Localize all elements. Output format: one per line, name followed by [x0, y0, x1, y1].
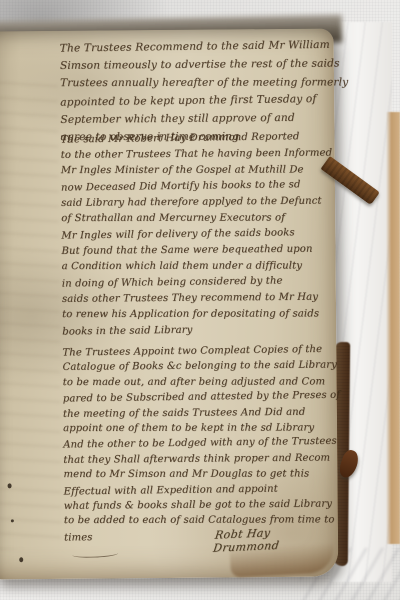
- manuscript-line: The Trustees Recommend to the said Mr Wi…: [60, 36, 320, 58]
- manuscript-line: mend to Mr Simson and Mr Douglas to get …: [63, 467, 323, 483]
- paragraph-catalogue-copies: The Trustees Appoint two Compleat Copies…: [62, 343, 324, 546]
- table-edge-strip: [386, 112, 400, 544]
- ink-blot: [19, 557, 23, 562]
- manuscript-line: that they Shall afterwards think proper …: [63, 450, 323, 468]
- manuscript-line: books in the said Library: [62, 321, 322, 341]
- manuscript-line: Effectual with all Expedition and appoin…: [64, 481, 324, 500]
- manuscript-line: the meeting of the saids Trustees And Di…: [63, 404, 323, 422]
- ink-blot: [11, 519, 14, 522]
- signature-robt-hay-drummond: Robt Hay Drummond: [212, 523, 339, 555]
- manuscript-line: Catalogue of Books &c belonging to the s…: [62, 358, 322, 376]
- manuscript-line: But found that the Same were bequeathed …: [61, 242, 321, 260]
- ink-bleedthrough-texture: [0, 79, 62, 550]
- pen-flourish: [72, 550, 118, 559]
- manuscript-line: September which they still approve of an…: [60, 109, 320, 129]
- photo-of-manuscript: The Trustees Recommend to the said Mr Wi…: [0, 0, 400, 600]
- ink-blot: [8, 483, 12, 488]
- manuscript-line: saids other Trustees They recommend to M…: [62, 290, 322, 308]
- manuscript-line: Trustees annually hereafter of the meeti…: [60, 73, 320, 92]
- manuscript-page: The Trustees Recommend to the said Mr Wi…: [0, 29, 338, 580]
- manuscript-line: said Library had therefore applyed to th…: [61, 194, 321, 212]
- manuscript-line: appointed to be kept upon the first Tues…: [60, 90, 320, 112]
- paragraph-hay-drummond-report: The said Mr Robert Hay Drummond Reported…: [60, 130, 322, 340]
- manuscript-line: to the other Trustees That he having bee…: [61, 146, 321, 164]
- manuscript-line: Simson timeously to advertise the rest o…: [60, 55, 320, 75]
